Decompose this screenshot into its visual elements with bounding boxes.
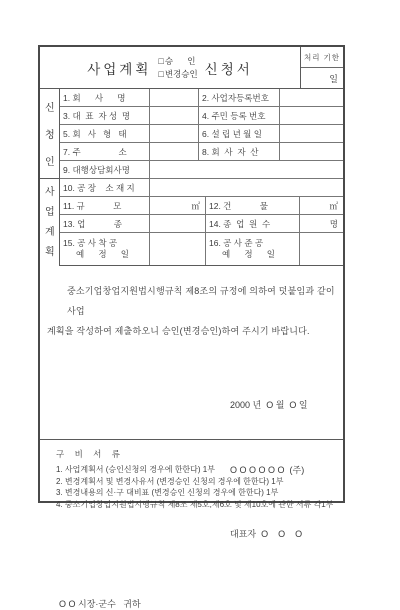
company-type-field[interactable] xyxy=(149,125,198,142)
resident-reg-no-label: 4. 주민 등록 번호 xyxy=(198,107,279,124)
representative-name-field[interactable] xyxy=(149,107,198,124)
table-row: 9. 대행상담회사명 xyxy=(60,161,343,179)
agency-company-field[interactable] xyxy=(149,161,343,178)
form-table: 신청인 사업계획 1. 회 사 명 2. 사업자등록번호 3. 대 표 자 성 … xyxy=(40,89,343,266)
business-reg-no-field[interactable] xyxy=(279,89,343,106)
industry-field[interactable] xyxy=(149,215,205,232)
business-reg-no-label: 2. 사업자등록번호 xyxy=(198,89,279,106)
applicant-section-label: 신청인 xyxy=(40,89,59,179)
factory-location-field[interactable] xyxy=(149,179,343,196)
company-name-field[interactable] xyxy=(149,89,198,106)
address-label: 7. 주 소 xyxy=(60,143,149,160)
business-plan-section-label: 사업계획 xyxy=(40,179,59,266)
resident-reg-no-field[interactable] xyxy=(279,107,343,124)
construction-completion-field[interactable] xyxy=(299,233,343,265)
table-row: 15. 공 사 착 공 예 정 일 16. 공 사 준 공 예 정 일 xyxy=(60,233,343,266)
scale-field[interactable]: ㎡ xyxy=(149,197,205,214)
form-header: 사업계획 □ 승 인 □ 변경승인 신청서 처리 기한 일 xyxy=(40,47,343,89)
address-field[interactable] xyxy=(149,143,198,160)
processing-deadline-label: 처리 기한 xyxy=(301,47,343,68)
change-approval-option-label: 변경승인 xyxy=(165,68,198,81)
approval-type-options: □ 승 인 □ 변경승인 xyxy=(158,55,197,81)
company-type-label: 5. 회 사 형 태 xyxy=(60,125,149,142)
company-assets-label: 8. 회 사 자 산 xyxy=(198,143,279,160)
table-row: 1. 회 사 명 2. 사업자등록번호 xyxy=(60,89,343,107)
document-item: 4. 중소기업창업지원법시행규칙 제8조 제5호,제6호 및 제10호에 관한 … xyxy=(56,499,333,511)
building-label: 12. 건 물 xyxy=(205,197,299,214)
approval-checkbox-icon[interactable]: □ xyxy=(158,55,163,68)
approval-option[interactable]: □ 승 인 xyxy=(158,55,197,68)
declaration-line-2: 계획을 작성하여 제출하오니 승인(변경승인)하여 주시기 바랍니다. xyxy=(47,321,343,341)
table-row: 11. 규 모 ㎡ 12. 건 물 ㎡ xyxy=(60,197,343,215)
processing-deadline-value: 일 xyxy=(301,68,343,88)
form-title-right: 신청서 xyxy=(205,58,253,78)
construction-completion-label: 16. 공 사 준 공 예 정 일 xyxy=(205,233,299,265)
industry-label: 13. 업 종 xyxy=(60,215,149,232)
construction-start-label: 15. 공 사 착 공 예 정 일 xyxy=(60,233,149,265)
form-title-left: 사업계획 xyxy=(87,58,151,78)
establishment-date-field[interactable] xyxy=(279,125,343,142)
employee-count-label: 14. 종 업 원 수 xyxy=(205,215,299,232)
representative-name-label: 3. 대 표 자 성 명 xyxy=(60,107,149,124)
scale-label: 11. 규 모 xyxy=(60,197,149,214)
construction-start-field[interactable] xyxy=(149,233,205,265)
business-plan-application-form: 사업계획 □ 승 인 □ 변경승인 신청서 처리 기한 일 신청인 사업계획 xyxy=(38,45,345,503)
table-row: 13. 업 종 14. 종 업 원 수 명 xyxy=(60,215,343,233)
establishment-date-label: 6. 설 립 년 월 일 xyxy=(198,125,279,142)
date-line: 2000 년 O 월 O 일 xyxy=(230,395,343,417)
table-row: 10. 공 장 소 재 지 xyxy=(60,179,343,197)
table-row: 3. 대 표 자 성 명 4. 주민 등록 번호 xyxy=(60,107,343,125)
form-rows: 1. 회 사 명 2. 사업자등록번호 3. 대 표 자 성 명 4. 주민 등… xyxy=(60,89,343,266)
table-row: 7. 주 소 8. 회 사 자 산 xyxy=(60,143,343,161)
required-documents-heading: 구 비 서 류 xyxy=(56,448,333,460)
recipient-line: O O 시장·군수 귀하 xyxy=(59,597,343,610)
section-label-column: 신청인 사업계획 xyxy=(40,89,60,266)
company-name-label: 1. 회 사 명 xyxy=(60,89,149,106)
change-approval-option[interactable]: □ 변경승인 xyxy=(158,68,197,81)
factory-location-label: 10. 공 장 소 재 지 xyxy=(60,179,149,196)
change-approval-checkbox-icon[interactable]: □ xyxy=(158,68,163,81)
employee-count-field[interactable]: 명 xyxy=(299,215,343,232)
form-title: 사업계획 □ 승 인 □ 변경승인 신청서 xyxy=(40,47,300,88)
representative-line: 대표자 O O O xyxy=(230,524,343,546)
approval-option-label: 승 인 xyxy=(165,55,196,68)
company-assets-field[interactable] xyxy=(279,143,343,160)
processing-deadline-box: 처리 기한 일 xyxy=(300,47,343,88)
declaration-paragraph: 중소기업창업지원법시행규칙 제8조의 규정에 의하여 덧붙임과 같이 사업 계획… xyxy=(40,281,343,341)
table-row: 5. 회 사 형 태 6. 설 립 년 월 일 xyxy=(60,125,343,143)
building-field[interactable]: ㎡ xyxy=(299,197,343,214)
document-item: 3. 변경내용의 신·구 대비표 (변경승인 신청의 경우에 한한다) 1부 xyxy=(56,487,333,499)
agency-company-label: 9. 대행상담회사명 xyxy=(60,161,149,178)
declaration-line-1: 중소기업창업지원법시행규칙 제8조의 규정에 의하여 덧붙임과 같이 사업 xyxy=(67,281,343,321)
declaration-section: 중소기업창업지원법시행규칙 제8조의 규정에 의하여 덧붙임과 같이 사업 계획… xyxy=(40,281,343,439)
